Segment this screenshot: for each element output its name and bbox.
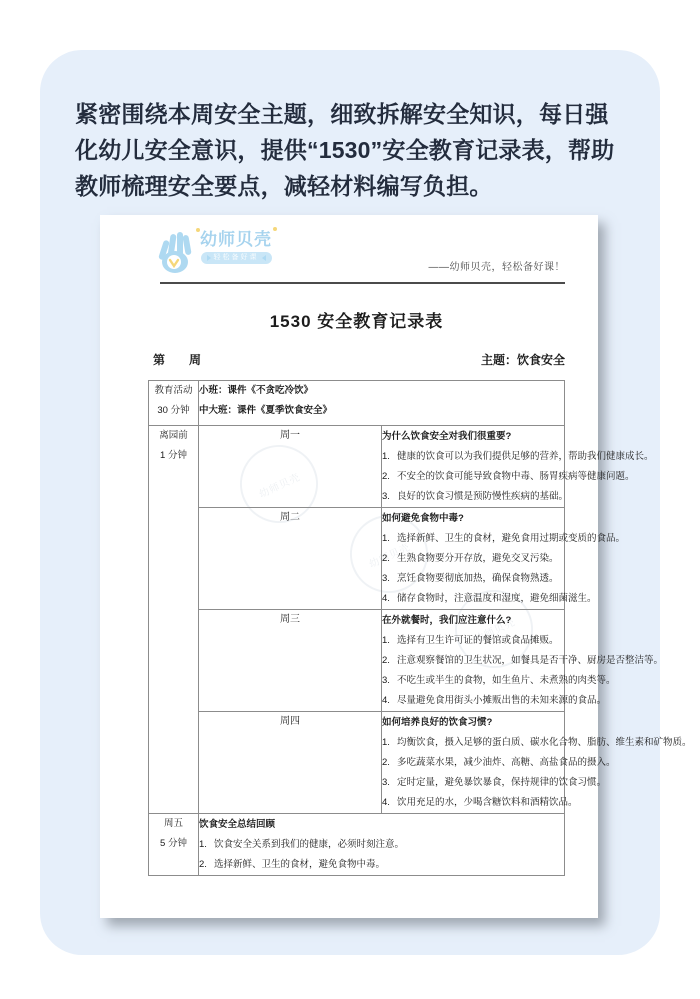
item-list: 1.饮食安全关系到我们的健康，必须时刻注意。2.选择新鲜、卫生的食材，避免食物中… [199, 835, 564, 875]
header-divider [160, 282, 565, 284]
table-row-wednesday: 周三 在外就餐时，我们应注意什么? 1.选择有卫生许可证的餐馆或食品摊贩。2.注… [149, 610, 565, 712]
list-item: 1.均衡饮食，摄入足够的蛋白质、碳水化合物、脂肪、维生素和矿物质。 [382, 733, 564, 753]
activity-line: 小班：课件《不贪吃冷饮》 [199, 381, 564, 401]
item-list: 1.选择有卫生许可证的餐馆或食品摊贩。2.注意观察餐馆的卫生状况，如餐具是否干净… [382, 631, 564, 711]
day-cell-monday: 周一 [199, 426, 382, 508]
row-label-friday: 周五 5 分钟 [149, 814, 199, 876]
list-item: 3.不吃生或半生的食物，如生鱼片、未煮熟的肉类等。 [382, 671, 564, 691]
content-cell-monday: 为什么饮食安全对我们很重要? 1.健康的饮食可以为我们提供足够的营养，帮助我们健… [382, 426, 565, 508]
list-item: 2.多吃蔬菜水果，减少油炸、高糖、高盐食品的摄入。 [382, 753, 564, 773]
meta-row: 第 周 主题：饮食安全 [153, 351, 565, 367]
content-cell-thursday: 如何培养良好的饮食习惯? 1.均衡饮食，摄入足够的蛋白质、碳水化合物、脂肪、维生… [382, 712, 565, 814]
document-page: 幼师贝壳 幼师贝壳 幼师贝壳 幼师贝壳 [100, 215, 598, 918]
list-item: 4.储存食物时，注意温度和湿度，避免细菌滋生。 [382, 589, 564, 609]
item-list: 1.健康的饮食可以为我们提供足够的营养，帮助我们健康成长。2.不安全的饮食可能导… [382, 447, 564, 507]
week-field: 第 周 [153, 351, 201, 368]
intro-text: 紧密围绕本周安全主题，细致拆解安全知识，每日强化幼儿安全意识，提供“1530”安… [75, 96, 631, 204]
day-cell-wednesday: 周三 [199, 610, 382, 712]
content-cell-tuesday: 如何避免食物中毒? 1.选择新鲜、卫生的食材，避免食用过期或变质的食品。2.生熟… [382, 508, 565, 610]
table-row-thursday: 周四 如何培养良好的饮食习惯? 1.均衡饮食，摄入足够的蛋白质、碳水化合物、脂肪… [149, 712, 565, 814]
day-cell-thursday: 周四 [199, 712, 382, 814]
logo-text: 幼师贝壳 [200, 230, 272, 250]
row-label-leave: 离园前 1 分钟 [149, 426, 199, 814]
list-item: 3.定时定量，避免暴饮暴食，保持规律的饮食习惯。 [382, 773, 564, 793]
item-list: 1.选择新鲜、卫生的食材，避免食用过期或变质的食品。2.生熟食物要分开存放，避免… [382, 529, 564, 609]
list-item: 1.健康的饮食可以为我们提供足够的营养，帮助我们健康成长。 [382, 447, 564, 467]
summary-title: 饮食安全总结回顾 [199, 815, 564, 835]
triangle-left-icon [207, 255, 211, 261]
sparkle-dot-icon [196, 228, 200, 232]
activity-content-cell: 小班：课件《不贪吃冷饮》 中大班：课件《夏季饮食安全》 [199, 381, 565, 426]
list-item: 4.尽量避免食用街头小摊贩出售的未知来源的食品。 [382, 691, 564, 711]
triangle-right-icon [262, 255, 266, 261]
table-row-friday: 周五 5 分钟 饮食安全总结回顾 1.饮食安全关系到我们的健康，必须时刻注意。2… [149, 814, 565, 876]
list-item: 1.选择有卫生许可证的餐馆或食品摊贩。 [382, 631, 564, 651]
brand-logo: 幼师贝壳 轻松备好课 [158, 230, 272, 274]
content-cell-friday: 饮食安全总结回顾 1.饮食安全关系到我们的健康，必须时刻注意。2.选择新鲜、卫生… [199, 814, 565, 876]
table-row-monday: 离园前 1 分钟 周一 为什么饮食安全对我们很重要? 1.健康的饮食可以为我们提… [149, 426, 565, 508]
question-text: 为什么饮食安全对我们很重要? [382, 427, 564, 447]
list-item: 1.饮食安全关系到我们的健康，必须时刻注意。 [199, 835, 564, 855]
table-row-activity: 教育活动 30 分钟 小班：课件《不贪吃冷饮》 中大班：课件《夏季饮食安全》 [149, 381, 565, 426]
day-cell-tuesday: 周二 [199, 508, 382, 610]
logo-badge: 轻松备好课 [201, 252, 272, 264]
content-cell-wednesday: 在外就餐时，我们应注意什么? 1.选择有卫生许可证的餐馆或食品摊贩。2.注意观察… [382, 610, 565, 712]
brand-tagline: ——幼师贝壳，轻松备好课！ [429, 258, 566, 273]
theme-field: 主题：饮食安全 [481, 351, 565, 368]
list-item: 2.生熟食物要分开存放，避免交叉污染。 [382, 549, 564, 569]
list-item: 3.烹饪食物要彻底加热，确保食物熟透。 [382, 569, 564, 589]
list-item: 1.选择新鲜、卫生的食材，避免食用过期或变质的食品。 [382, 529, 564, 549]
table-row-tuesday: 周二 如何避免食物中毒? 1.选择新鲜、卫生的食材，避免食用过期或变质的食品。2… [149, 508, 565, 610]
list-item: 2.注意观察餐馆的卫生状况，如餐具是否干净、厨房是否整洁等。 [382, 651, 564, 671]
sparkle-dot-icon [273, 227, 277, 231]
list-item: 2.不安全的饮食可能导致食物中毒、肠胃疾病等健康问题。 [382, 467, 564, 487]
question-text: 如何培养良好的饮食习惯? [382, 713, 564, 733]
record-table: 教育活动 30 分钟 小班：课件《不贪吃冷饮》 中大班：课件《夏季饮食安全》 离… [148, 380, 565, 876]
hand-shell-icon [158, 230, 196, 274]
question-text: 在外就餐时，我们应注意什么? [382, 611, 564, 631]
item-list: 1.均衡饮食，摄入足够的蛋白质、碳水化合物、脂肪、维生素和矿物质。2.多吃蔬菜水… [382, 733, 564, 813]
list-item: 2.选择新鲜、卫生的食材，避免食物中毒。 [199, 855, 564, 875]
question-text: 如何避免食物中毒? [382, 509, 564, 529]
row-label-activity: 教育活动 30 分钟 [149, 381, 199, 426]
list-item: 4.饮用充足的水，少喝含糖饮料和酒精饮品。 [382, 793, 564, 813]
activity-line: 中大班：课件《夏季饮食安全》 [199, 401, 564, 421]
list-item: 3.良好的饮食习惯是预防慢性疾病的基础。 [382, 487, 564, 507]
document-title: 1530 安全教育记录表 [148, 307, 565, 332]
document-content: 幼师贝壳 轻松备好课 ——幼师贝壳，轻松备好课！ 1530 安全教育记录表 第 … [148, 215, 565, 918]
